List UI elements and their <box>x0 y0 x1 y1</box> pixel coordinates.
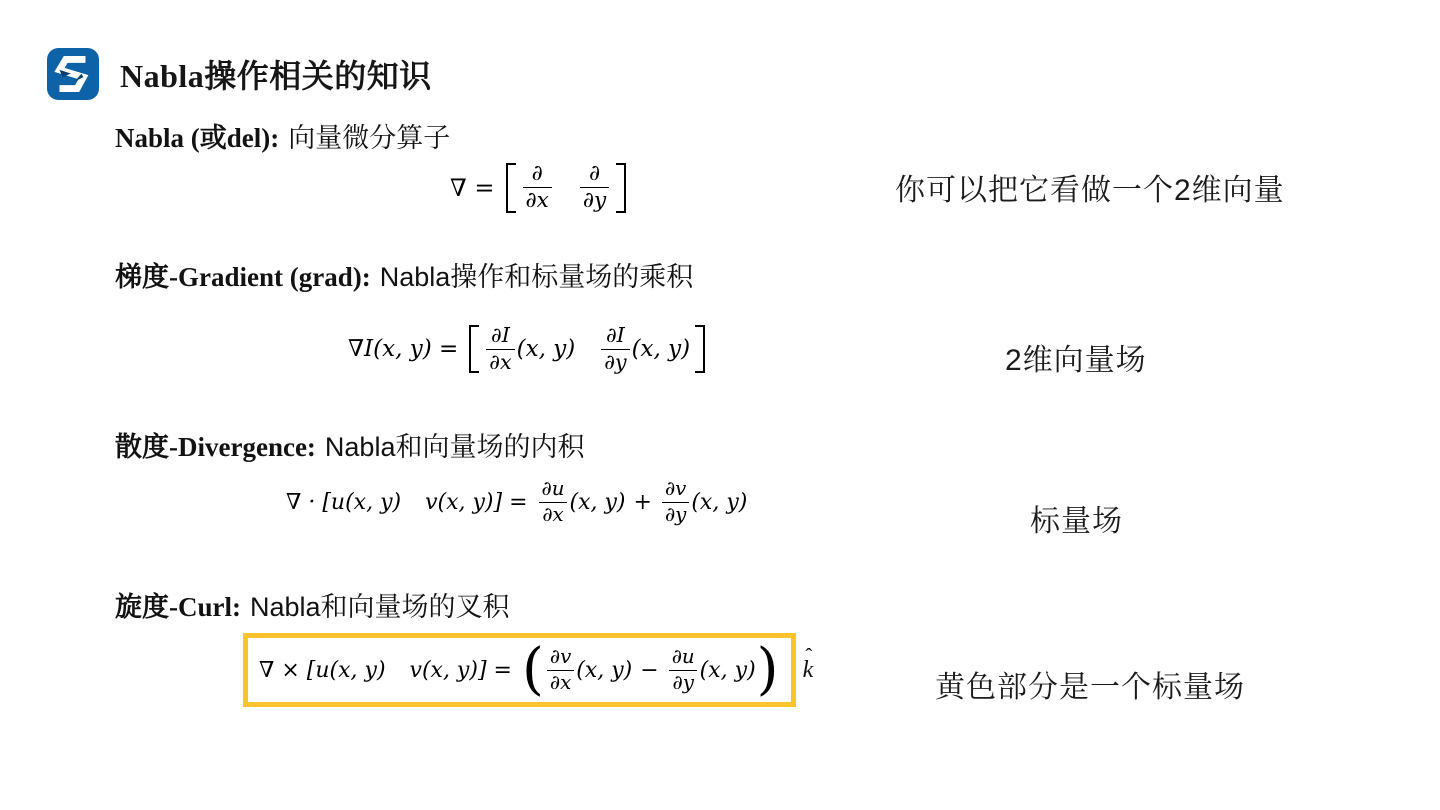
numerator: ∂u <box>669 647 698 670</box>
numerator: ∂u <box>539 479 568 502</box>
heading-gradient-desc: Nabla操作和标量场的乘积 <box>380 262 694 292</box>
plus-operator: + <box>634 490 652 515</box>
denominator: ∂y <box>669 670 696 694</box>
numerator: ∂I <box>603 325 628 349</box>
math-curl-lhs-u: ∇ × [u(x, y) <box>259 658 386 683</box>
denominator: ∂x <box>486 349 514 374</box>
heading-curl: 旋度-Curl:Nabla和向量场的叉积 <box>115 585 510 624</box>
fraction-dIdx: ∂I ∂x <box>486 325 514 373</box>
numerator: ∂ <box>529 163 546 187</box>
denominator: ∂y <box>580 187 609 212</box>
math-curl-lhs-v: v(x, y)] = <box>410 658 512 683</box>
heading-divergence-term: 散度-Divergence: <box>115 432 316 462</box>
heading-curl-term: 旋度-Curl: <box>115 592 241 622</box>
heading-gradient-term: 梯度-Gradient (grad): <box>115 262 371 292</box>
fraction-dudx: ∂u ∂x <box>539 479 568 525</box>
note-curl: 黄色部分是一个标量场 <box>935 662 1245 706</box>
math-nabla-lhs: ∇ = <box>450 174 495 202</box>
k-hat-unit-vector: k ˆ <box>803 657 814 684</box>
hat-accent: ˆ <box>805 645 812 668</box>
heading-divergence: 散度-Divergence:Nabla和向量场的内积 <box>115 425 584 464</box>
fraction-dvdx: ∂v ∂x <box>547 647 574 693</box>
formula-curl: ∇ × [u(x, y) v(x, y)] = ( ∂v ∂x (x, y) −… <box>243 633 813 707</box>
note-gradient: 2维向量场 <box>1005 335 1147 379</box>
formula-nabla-definition: ∇ = ∂ ∂x ∂ ∂y <box>450 163 626 213</box>
minus-operator: − <box>640 658 658 683</box>
math-arg: (x, y) <box>691 490 747 515</box>
denominator: ∂y <box>601 349 629 374</box>
math-div-lhs-v: v(x, y)] = <box>425 490 527 515</box>
left-bracket <box>469 325 479 373</box>
numerator: ∂ <box>586 163 603 187</box>
left-paren: ( <box>522 647 544 693</box>
right-bracket <box>695 325 705 373</box>
right-paren: ) <box>757 647 779 693</box>
denominator: ∂x <box>539 502 566 526</box>
yellow-highlight-box: ∇ × [u(x, y) v(x, y)] = ( ∂v ∂x (x, y) −… <box>243 633 796 707</box>
denominator: ∂x <box>547 670 574 694</box>
math-div-lhs-u: ∇ · [u(x, y) <box>286 490 401 515</box>
math-arg: (x, y) <box>632 336 691 362</box>
slide-canvas: Nabla操作相关的知识 Nabla (或del):向量微分算子 ∇ = ∂ ∂… <box>0 0 1440 810</box>
numerator: ∂v <box>662 479 689 502</box>
formula-curl-body: ∇ × [u(x, y) v(x, y)] = ( ∂v ∂x (x, y) −… <box>259 647 780 693</box>
math-arg: (x, y) <box>570 490 626 515</box>
math-arg: (x, y) <box>700 658 756 683</box>
slide-header: Nabla操作相关的知识 <box>47 48 432 100</box>
fraction-ddy: ∂ ∂y <box>580 163 609 213</box>
denominator: ∂y <box>662 502 689 526</box>
left-bracket <box>506 163 516 213</box>
fraction-ddx: ∂ ∂x <box>523 163 552 213</box>
right-bracket <box>616 163 626 213</box>
denominator: ∂x <box>523 187 552 212</box>
heading-nabla-desc: 向量微分算子 <box>288 123 450 153</box>
heading-nabla: Nabla (或del):向量微分算子 <box>115 116 450 155</box>
fraction-dudy: ∂u ∂y <box>669 647 698 693</box>
numerator: ∂v <box>547 647 574 670</box>
math-arg: (x, y) <box>517 336 576 362</box>
heading-divergence-desc: Nabla和向量场的内积 <box>325 432 585 462</box>
note-nabla: 你可以把它看做一个2维向量 <box>895 165 1285 209</box>
note-divergence: 标量场 <box>1030 496 1123 540</box>
heading-curl-desc: Nabla和向量场的叉积 <box>250 592 510 622</box>
math-gradient-lhs: ∇I(x, y) = <box>348 336 458 362</box>
slide-title: Nabla操作相关的知识 <box>120 51 432 97</box>
math-arg: (x, y) <box>576 658 632 683</box>
heading-nabla-term: Nabla (或del): <box>115 123 279 153</box>
formula-divergence: ∇ · [u(x, y) v(x, y)] = ∂u ∂x (x, y) + ∂… <box>286 479 747 525</box>
fraction-dvdy: ∂v ∂y <box>662 479 689 525</box>
numerator: ∂I <box>488 325 513 349</box>
heading-gradient: 梯度-Gradient (grad):Nabla操作和标量场的乘积 <box>115 255 693 294</box>
shenlan-logo-icon <box>47 48 99 100</box>
fraction-dIdy: ∂I ∂y <box>601 325 629 373</box>
formula-gradient: ∇I(x, y) = ∂I ∂x (x, y) ∂I ∂y (x, y) <box>348 325 705 373</box>
